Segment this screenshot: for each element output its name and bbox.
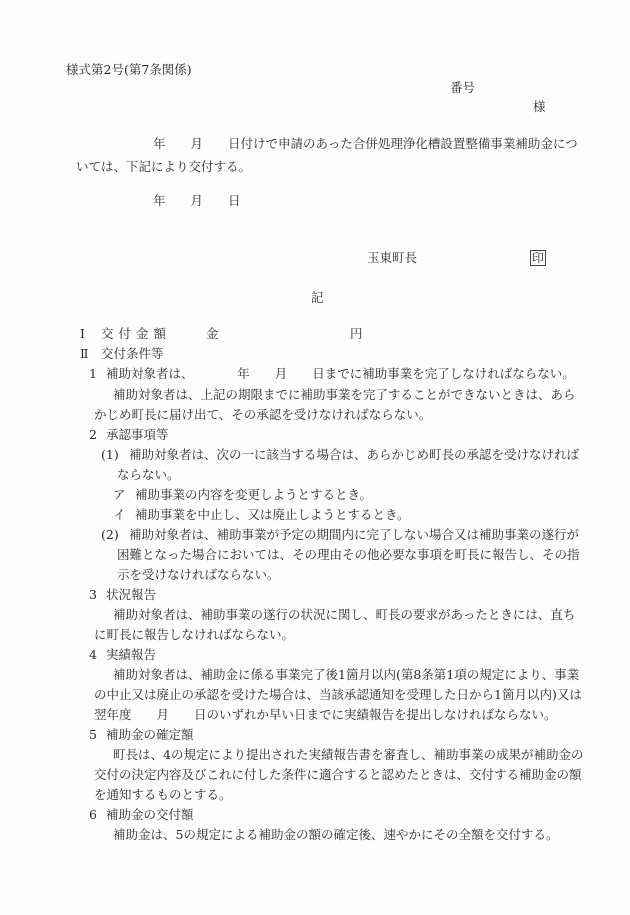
item-2-sub1-line: ならない。 xyxy=(117,467,180,483)
item-3-title: 状況報告 xyxy=(106,587,156,603)
form-number: 様式第2号(第7条関係) xyxy=(66,62,192,78)
seal-box: 印 xyxy=(530,250,546,266)
addressee-suffix: 様 xyxy=(533,99,546,115)
number-label: 番号 xyxy=(450,80,475,96)
item-4-line: の中止又は廃止の承認を受けた場合は、当該承認通知を受理した日から1箇月以内)又は xyxy=(94,687,582,703)
item-2-sub2-line: 困難となった場合においては、その理由その他必要な事項を町長に報告し、その指 xyxy=(117,547,580,563)
item-2-sub1-line: 補助対象者は、次の一に該当する場合は、あらかじめ町長の承認を受けなければ xyxy=(129,447,579,463)
item-2-sub2-label: (2) xyxy=(101,527,119,543)
item-2-title: 承認事項等 xyxy=(106,427,169,443)
currency-suffix: 円 xyxy=(350,326,363,342)
item-2-sub1-a-label: ア xyxy=(113,487,126,503)
item-3-num: 3 xyxy=(89,587,97,603)
seal-icon: 印 xyxy=(530,250,546,266)
item-1-line: かじめ町長に届け出て、その承認を受けなければならない。 xyxy=(94,407,431,423)
intro-line-2: いては、下記により交付する。 xyxy=(76,159,251,175)
item-4-num: 4 xyxy=(89,647,97,663)
item-1-line: 補助対象者は、 年 月 日までに補助事業を完了しなければならない。 xyxy=(106,366,575,382)
item-5-title: 補助金の確定額 xyxy=(106,727,194,743)
item-1-line: 補助対象者は、上記の期限までに補助事業を完了することができないときは、あら xyxy=(113,387,576,403)
section-I-label: 交付金額 xyxy=(101,326,171,342)
item-5-line: 交付の決定内容及びこれに付した条件に適合すると認めたときは、交付する補助金の額 xyxy=(94,767,582,783)
item-2-num: 2 xyxy=(89,427,97,443)
item-4-line: 翌年度 月 日のいずれか早い日までに実績報告を提出しなければならない。 xyxy=(94,707,557,723)
issue-date: 年 月 日 xyxy=(78,193,241,209)
section-II-label: 交付条件等 xyxy=(101,346,164,362)
item-5-num: 5 xyxy=(89,727,97,743)
item-2-sub1-i-text: 補助事業を中止し、又は廃止しようとするとき。 xyxy=(135,507,410,523)
item-6-num: 6 xyxy=(89,807,97,823)
intro-line-1: 年 月 日付けで申請のあった合併処理浄化槽設置整備事業補助金につ xyxy=(78,136,578,152)
section-I-numeral: Ⅰ xyxy=(80,326,85,342)
item-5-line: を通知するものとする。 xyxy=(94,787,232,803)
item-2-sub1-i-label: イ xyxy=(113,507,126,523)
item-3-line: に町長に報告しなければならない。 xyxy=(94,627,294,643)
item-3-line: 補助対象者は、補助事業の遂行の状況に関し、町長の要求があったときには、直ち xyxy=(113,607,575,623)
section-II-numeral: Ⅱ xyxy=(80,346,89,362)
item-5-line: 町長は、4の規定により提出された実績報告書を審査し、補助事業の成果が補助金の xyxy=(113,747,583,763)
item-2-sub2-line: 示を受けなければならない。 xyxy=(117,567,280,583)
item-6-line: 補助金は、5の規定による補助金の額の確定後、速やかにその全額を交付する。 xyxy=(113,827,558,843)
item-2-sub1-a-text: 補助事業の内容を変更しようとするとき。 xyxy=(135,487,372,503)
item-2-sub1-label: (1) xyxy=(101,447,119,463)
ki-heading: 記 xyxy=(311,290,324,306)
currency-prefix: 金 xyxy=(206,326,219,342)
item-4-title: 実績報告 xyxy=(106,647,156,663)
item-1-num: 1 xyxy=(89,366,97,382)
item-6-title: 補助金の交付額 xyxy=(106,807,194,823)
item-4-line: 補助対象者は、補助金に係る事業完了後1箇月以内(第8条第1項の規定により、事業 xyxy=(113,667,579,683)
item-2-sub2-line: 補助対象者は、補助事業が予定の期間内に完了しない場合又は補助事業の遂行が xyxy=(129,527,579,543)
issuer-title: 玉東町長 xyxy=(367,250,417,266)
